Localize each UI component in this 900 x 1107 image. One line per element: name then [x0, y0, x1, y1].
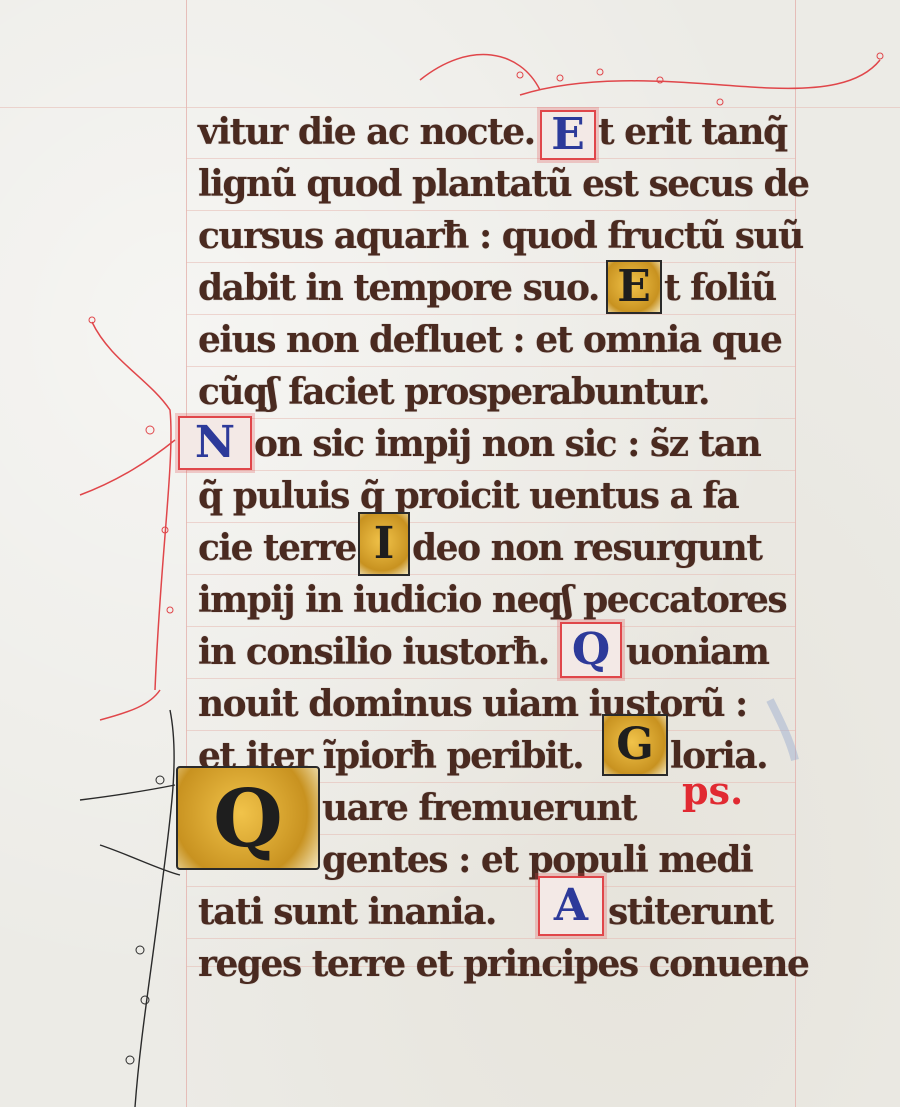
text-line: in consilio iustorħ.	[198, 628, 549, 676]
initial-g-gold: G	[602, 714, 668, 776]
text-line: tati sunt inania.	[198, 888, 496, 936]
ruling-line	[186, 678, 796, 679]
ruling-line	[186, 262, 796, 263]
ruling-line	[186, 418, 796, 419]
initial-q-gold-large: Q	[176, 766, 320, 870]
ruling-line	[186, 470, 796, 471]
text-line: reges terre et principes conuene	[198, 940, 808, 988]
ruling-line	[186, 210, 796, 211]
text-line: uare fremuerunt	[322, 784, 636, 832]
initial-e-gold: E	[606, 260, 662, 314]
red-penwork-top	[420, 55, 880, 95]
text-line: cũqʃ faciet prosperabuntur.	[198, 368, 709, 416]
initial-i-gold: I	[358, 512, 410, 576]
text-line: cursus aquarħ : quod fructũ suũ	[198, 212, 803, 260]
text-line: uoniam	[626, 628, 768, 676]
red-penwork-left	[80, 322, 175, 690]
text-line: deo non resurgunt	[412, 524, 761, 572]
text-line: stiterunt	[608, 888, 773, 936]
text-line: on sic impij non sic : s̃z tan	[254, 420, 760, 468]
text-line: q̃ puluis q̃ proicit uentus a fa	[198, 472, 738, 520]
ruling-line	[186, 938, 796, 939]
text-line: cie terre.	[198, 524, 367, 572]
text-line: lignũ quod plantatũ est secus de	[198, 160, 809, 208]
text-line: eius non defluet : et omnia que	[198, 316, 781, 364]
text-line: t foliũ	[664, 264, 776, 312]
ruling-line	[186, 158, 796, 159]
text-line: vitur die ac nocte.	[198, 108, 535, 156]
text-line: dabit in tempore suo.	[198, 264, 599, 312]
ruling-line	[186, 314, 796, 315]
line-text: vitur die ac nocte.	[198, 108, 535, 156]
ruling-line	[186, 730, 796, 731]
initial-q-blue: Q	[560, 622, 622, 678]
ruling-line	[186, 522, 796, 523]
ruling-line	[186, 574, 796, 575]
ruling-left-bounding	[186, 0, 187, 1107]
ruling-line	[186, 626, 796, 627]
ruling-line	[186, 366, 796, 367]
ruling-line	[186, 886, 796, 887]
rubric-psalm: ps.	[682, 768, 743, 813]
text-line: t erit tanq̃	[598, 108, 787, 156]
initial-n-blue: N	[178, 416, 252, 470]
initial-e-blue: E	[540, 110, 596, 160]
black-penwork-left	[80, 710, 180, 1107]
initial-a-blue: A	[538, 876, 604, 936]
text-line: impij in iudicio neqʃ peccatores	[198, 576, 786, 624]
